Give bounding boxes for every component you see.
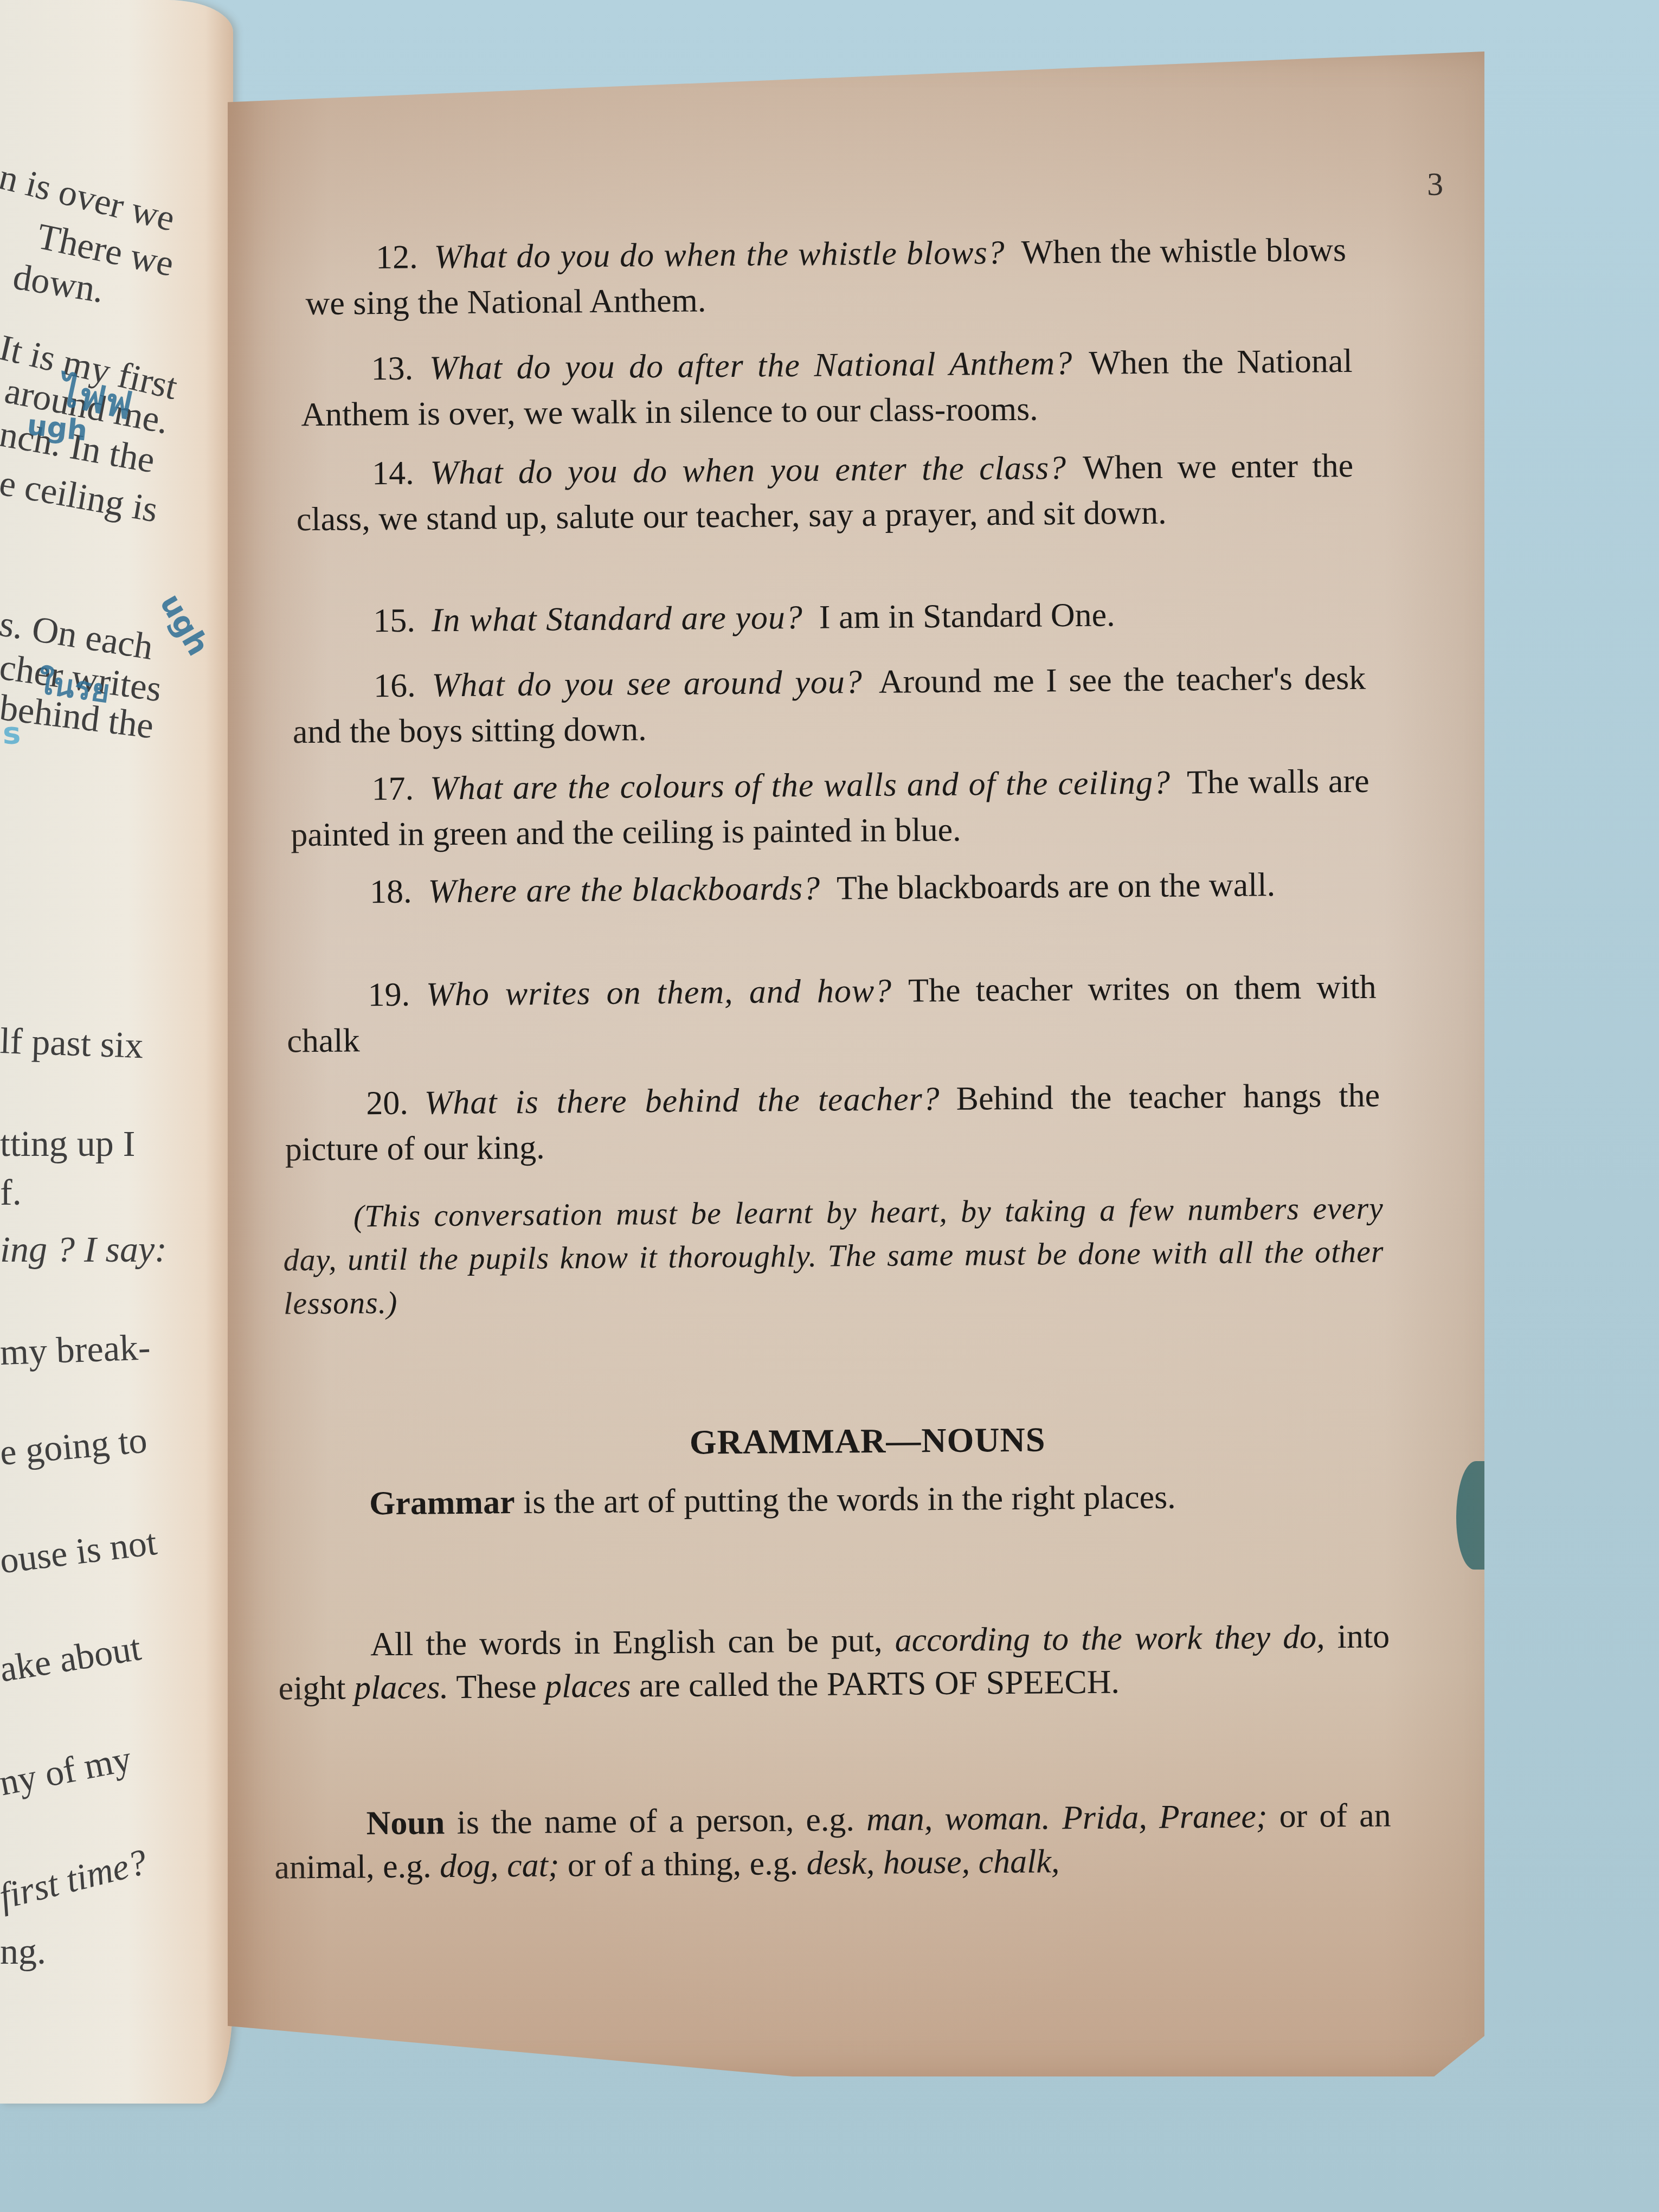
qa-question: What do you see around you? [432, 664, 863, 704]
qa-item-14: 14.What do you do when you enter the cla… [296, 443, 1354, 542]
qa-number: 18. [370, 873, 412, 911]
qa-item-12: 12.What do you do when the whistle blows… [305, 227, 1347, 326]
qa-item-18: 18.Where are the blackboards?The blackbo… [288, 861, 1373, 916]
qa-number: 19. [368, 976, 410, 1014]
paragraph-text: All the words in English can be put, [370, 1622, 895, 1663]
qa-question: What do you do when you enter the class? [430, 449, 1066, 491]
qa-question: Who writes on them, and how? [426, 973, 892, 1013]
qa-number: 13. [371, 350, 413, 388]
term-grammar: Grammar [369, 1484, 515, 1522]
handwritten-annotation: s [3, 716, 21, 751]
paragraph-italic: man, woman. Prida, Pranee; [866, 1798, 1268, 1838]
definition-text: is the art of putting the words in the r… [515, 1479, 1176, 1521]
section-heading: GRAMMAR—NOUNS [255, 1416, 1481, 1466]
qa-question: What do you do after the National Anthem… [429, 345, 1073, 387]
grammar-definition: Grammar is the art of putting the words … [277, 1474, 1389, 1526]
left-page-fragment: ing ? I say: [0, 1228, 167, 1271]
left-page-fragment: ng. [0, 1930, 46, 1973]
paragraph-italic: according to the work they do, [895, 1618, 1324, 1658]
left-page-fragment: ake about [0, 1626, 144, 1690]
qa-item-16: 16.What do you see around you?Around me … [292, 655, 1366, 755]
qa-number: 20. [366, 1085, 408, 1122]
page-number: 3 [1427, 166, 1444, 203]
qa-item-15: 15.In what Standard are you?I am in Stan… [297, 590, 1360, 644]
paragraph-text: These [448, 1668, 545, 1706]
paragraph-text: or of a thing, e.g. [559, 1845, 807, 1884]
paragraph-italic: places [545, 1667, 631, 1705]
left-page-fragment: f. [0, 1171, 22, 1214]
handwritten-annotation: ugh [25, 409, 89, 447]
qa-number: 17. [371, 770, 414, 808]
handwritten-annotation: ในรย [35, 657, 113, 717]
noun-definition: Noun is the name of a person, e.g. man, … [274, 1793, 1391, 1889]
qa-item-20: 20.What is there behind the teacher?Behi… [285, 1073, 1380, 1173]
qa-number: 12. [376, 239, 418, 276]
paragraph-italic: places. [354, 1669, 448, 1706]
paragraph-text: is the name of a person, e.g. [445, 1801, 866, 1841]
left-page-fragment: ouse is not [0, 1521, 159, 1583]
qa-item-19: 19.Who writes on them, and how?The teach… [286, 964, 1377, 1064]
qa-question: In what Standard are you? [431, 599, 803, 639]
qa-item-13: 13.What do you do after the National Ant… [300, 338, 1353, 438]
paragraph-italic: dog, cat; [440, 1847, 560, 1885]
left-page: n is over we There we down. It is my fir… [0, 0, 233, 2104]
qa-answer: I am in Standard One. [819, 596, 1115, 635]
left-page-fragment: my break- [0, 1326, 151, 1374]
left-page-fragment: tting up I [0, 1122, 135, 1165]
qa-number: 16. [374, 667, 416, 705]
qa-number: 15. [373, 602, 415, 640]
paragraph-text: are called the PARTS OF SPEECH. [631, 1663, 1120, 1704]
qa-question: What are the colours of the walls and of… [430, 764, 1171, 807]
qa-item-17: 17.What are the colours of the walls and… [290, 758, 1369, 858]
qa-number: 14. [372, 455, 414, 492]
teacher-note: (This conversation must be learnt by hea… [283, 1187, 1385, 1326]
qa-question: What do you do when the whistle blows? [434, 234, 1005, 275]
left-page-fragment: ny of my [0, 1737, 135, 1804]
qa-question: Where are the blackboards? [428, 870, 820, 910]
paragraph-italic: desk, house, chalk, [806, 1843, 1059, 1882]
page-content: 3 12.What do you do when the whistle blo… [244, 42, 1485, 2076]
left-page-fragment: lf past six [0, 1019, 144, 1067]
parts-of-speech-paragraph: All the words in English can be put, acc… [278, 1615, 1390, 1710]
qa-question: What is there behind the teacher? [424, 1081, 940, 1121]
left-page-fragment: first time? [0, 1840, 151, 1918]
book-page: 3 12.What do you do when the whistle blo… [228, 52, 1484, 2076]
handwritten-annotation: ugh [153, 588, 216, 661]
term-noun: Noun [366, 1804, 445, 1842]
left-page-fragment: e going to [0, 1418, 149, 1474]
qa-answer: The blackboards are on the wall. [837, 866, 1276, 906]
